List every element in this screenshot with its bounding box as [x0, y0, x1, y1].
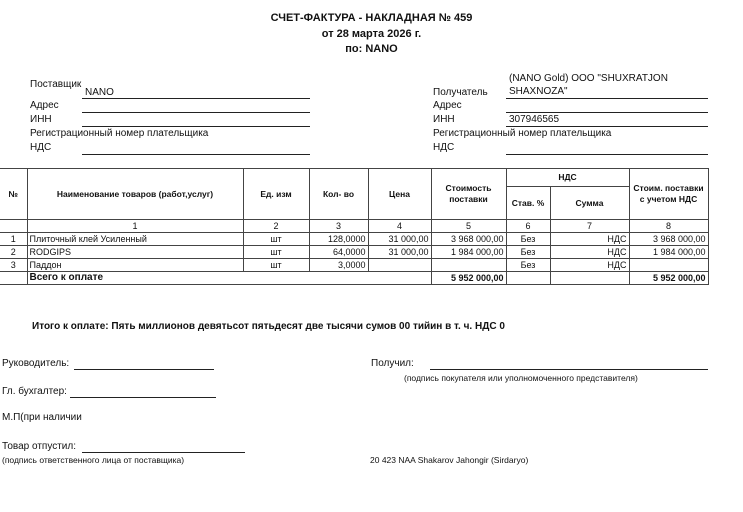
total-in-words: Итого к оплате: Пять миллионов девятьсот…	[32, 321, 505, 332]
header-price: Цена	[368, 169, 431, 220]
agent-note: 20 423 NAA Shakarov Jahongir (Sirdaryo)	[370, 455, 528, 465]
received-label: Получил:	[371, 358, 414, 369]
table-row: 1 Плиточный клей Усиленный шт 128,0000 3…	[0, 233, 708, 246]
supplier-inn-underline	[82, 126, 310, 127]
total-with-nds: 5 952 000,00	[629, 272, 708, 285]
document-by: по: NANO	[0, 43, 743, 55]
recipient-address-underline	[506, 112, 708, 113]
director-signature-line	[74, 369, 214, 370]
header-name: Наименование товаров (работ,услуг)	[27, 169, 243, 220]
received-signature-line	[430, 369, 708, 370]
row-price	[368, 259, 431, 272]
recipient-value-line2: SHAXNOZA"	[509, 86, 568, 97]
row-cost	[431, 259, 506, 272]
released-signature-line	[82, 452, 245, 453]
recipient-nds-label: НДС	[433, 142, 454, 153]
released-note: (подпись ответственного лица от поставщи…	[2, 455, 184, 465]
row-total: 1 984 000,00	[629, 246, 708, 259]
row-name: Плиточный клей Усиленный	[27, 233, 243, 246]
accountant-signature-line	[70, 397, 216, 398]
row-nds-rate: Без	[506, 246, 550, 259]
total-cost: 5 952 000,00	[431, 272, 506, 285]
header-num: №	[0, 169, 27, 220]
header-nds-group: НДС	[506, 169, 629, 187]
recipient-underline	[506, 98, 708, 99]
row-unit: шт	[243, 246, 309, 259]
index-cell: 7	[550, 220, 629, 233]
row-num: 1	[0, 233, 27, 246]
row-cost: 1 984 000,00	[431, 246, 506, 259]
row-qty: 64,0000	[309, 246, 368, 259]
recipient-inn-underline	[506, 126, 708, 127]
supplier-value: NANO	[85, 87, 114, 98]
row-price: 31 000,00	[368, 233, 431, 246]
recipient-inn-value: 307946565	[509, 114, 559, 125]
table-row: 2 RODGIPS шт 64,0000 31 000,00 1 984 000…	[0, 246, 708, 259]
row-num: 3	[0, 259, 27, 272]
released-label: Товар отпустил:	[2, 441, 76, 452]
index-cell: 4	[368, 220, 431, 233]
director-label: Руководитель:	[2, 358, 69, 369]
row-nds-sum: НДС	[550, 259, 629, 272]
supplier-address-underline	[82, 112, 310, 113]
row-total	[629, 259, 708, 272]
row-price: 31 000,00	[368, 246, 431, 259]
index-cell: 5	[431, 220, 506, 233]
row-nds-sum: НДС	[550, 233, 629, 246]
header-nds-sum: Сумма	[550, 187, 629, 220]
recipient-nds-underline	[506, 154, 708, 155]
row-name: Паддон	[27, 259, 243, 272]
row-total: 3 968 000,00	[629, 233, 708, 246]
row-nds-rate: Без	[506, 259, 550, 272]
row-cost: 3 968 000,00	[431, 233, 506, 246]
header-qty: Кол- во	[309, 169, 368, 220]
row-nds-sum: НДС	[550, 246, 629, 259]
row-nds-rate: Без	[506, 233, 550, 246]
supplier-underline	[82, 98, 310, 99]
table-row: 3 Паддон шт 3,0000 Без НДС	[0, 259, 708, 272]
index-row: 1 2 3 4 5 6 7 8	[0, 220, 708, 233]
recipient-reg-label: Регистрационный номер плательщика	[433, 128, 611, 139]
index-cell: 8	[629, 220, 708, 233]
header-cost: Стоимость поставки	[431, 169, 506, 220]
table-total-row: Всего к оплате 5 952 000,00 5 952 000,00	[0, 272, 708, 285]
total-label: Всего к оплате	[27, 272, 431, 285]
header-total-with-nds: Стоим. поставки с учетом НДС	[629, 169, 708, 220]
index-cell: 3	[309, 220, 368, 233]
row-qty: 3,0000	[309, 259, 368, 272]
received-note: (подпись покупателя или уполномоченного …	[404, 373, 638, 383]
recipient-address-label: Адрес	[433, 100, 462, 111]
document-title: СЧЕТ-ФАКТУРА - НАКЛАДНАЯ № 459	[0, 12, 743, 24]
recipient-inn-label: ИНН	[433, 114, 455, 125]
supplier-address-label: Адрес	[30, 100, 59, 111]
index-cell: 2	[243, 220, 309, 233]
table-header-row: № Наименование товаров (работ,услуг) Ед.…	[0, 169, 708, 187]
supplier-label: Поставщик	[30, 79, 81, 90]
header-unit: Ед. изм	[243, 169, 309, 220]
accountant-label: Гл. бухгалтер:	[2, 386, 67, 397]
row-qty: 128,0000	[309, 233, 368, 246]
recipient-value-line1: (NANO Gold) ООО "SHUXRATJON	[509, 73, 668, 84]
supplier-reg-label: Регистрационный номер плательщика	[30, 128, 208, 139]
stamp-label: М.П(при наличии	[2, 412, 82, 423]
row-name: RODGIPS	[27, 246, 243, 259]
row-unit: шт	[243, 233, 309, 246]
supplier-nds-label: НДС	[30, 142, 51, 153]
recipient-label: Получатель	[433, 87, 488, 98]
row-unit: шт	[243, 259, 309, 272]
invoice-table: № Наименование товаров (работ,услуг) Ед.…	[0, 168, 709, 285]
header-nds-rate: Став. %	[506, 187, 550, 220]
document-date: от 28 марта 2026 г.	[0, 28, 743, 40]
index-cell: 1	[27, 220, 243, 233]
supplier-inn-label: ИНН	[30, 114, 52, 125]
index-cell: 6	[506, 220, 550, 233]
supplier-nds-underline	[82, 154, 310, 155]
row-num: 2	[0, 246, 27, 259]
